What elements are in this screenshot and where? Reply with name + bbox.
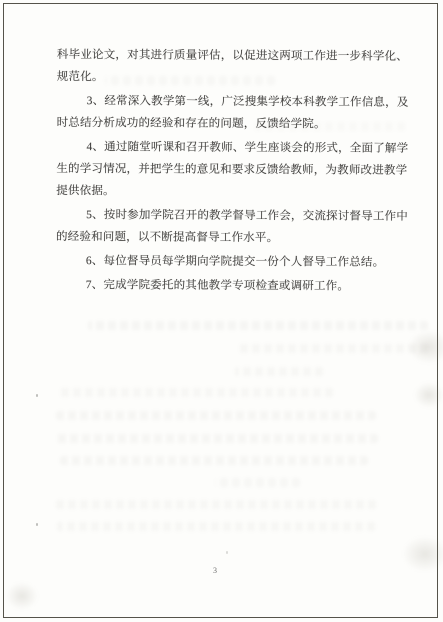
text-line: 生的学习情况，并把学生的意见和要求反馈给教师，为教师改进教学 (56, 158, 412, 182)
text-line: 7、完成学院委托的其他教学专项检查或调研工作。 (56, 274, 412, 298)
text-line: 科毕业论文，对其进行质量评估，以促进这两项工作进一步科学化、 (57, 44, 413, 68)
bleed-through-row (238, 344, 428, 353)
text-line: 规范化。 (57, 66, 413, 90)
text-line: 6、每位督导员每学期向学院提交一份个人督导工作总结。 (56, 250, 412, 274)
text-line: 4、通过随堂听课和召开教师、学生座谈会的形式，全面了解学 (56, 136, 412, 160)
document-body: 科毕业论文，对其进行质量评估，以促进这两项工作进一步科学化、规范化。3、经常深入… (56, 44, 413, 298)
bleed-through-row (215, 478, 300, 487)
scan-speck (36, 523, 38, 526)
bleed-through-row (58, 388, 333, 397)
scan-speck (226, 551, 228, 554)
bleed-through-row (60, 456, 368, 465)
text-line: 5、按时参加学院召开的教学督导工作会，交流探讨督导工作中 (56, 204, 412, 228)
scan-speck (36, 394, 38, 397)
text-line: 3、经常深入教学第一线，广泛搜集学校本科教学工作信息，及 (57, 90, 413, 114)
scanned-page: 科毕业论文，对其进行质量评估，以促进这两项工作进一步科学化、规范化。3、经常深入… (0, 0, 443, 622)
scan-stain (408, 330, 443, 364)
text-line: 时总结分析成功的经验和存在的问题，反馈给学院。 (57, 112, 413, 136)
bleed-through-row (57, 522, 375, 531)
bleed-through-row (56, 500, 376, 509)
bleed-through-row (88, 321, 428, 330)
text-line: 的经验和问题，以不断提高督导工作水平。 (56, 226, 412, 250)
scan-stain (6, 582, 38, 610)
page-number: 3 (209, 566, 221, 575)
scan-stain (414, 382, 443, 408)
document-lines: 科毕业论文，对其进行质量评估，以促进这两项工作进一步科学化、规范化。3、经常深入… (56, 44, 413, 298)
bleed-through-row (56, 434, 378, 443)
bleed-through-row (56, 411, 376, 420)
text-line: 提供依据。 (56, 180, 412, 204)
scan-stain (402, 536, 443, 572)
bleed-through-row (235, 367, 323, 376)
